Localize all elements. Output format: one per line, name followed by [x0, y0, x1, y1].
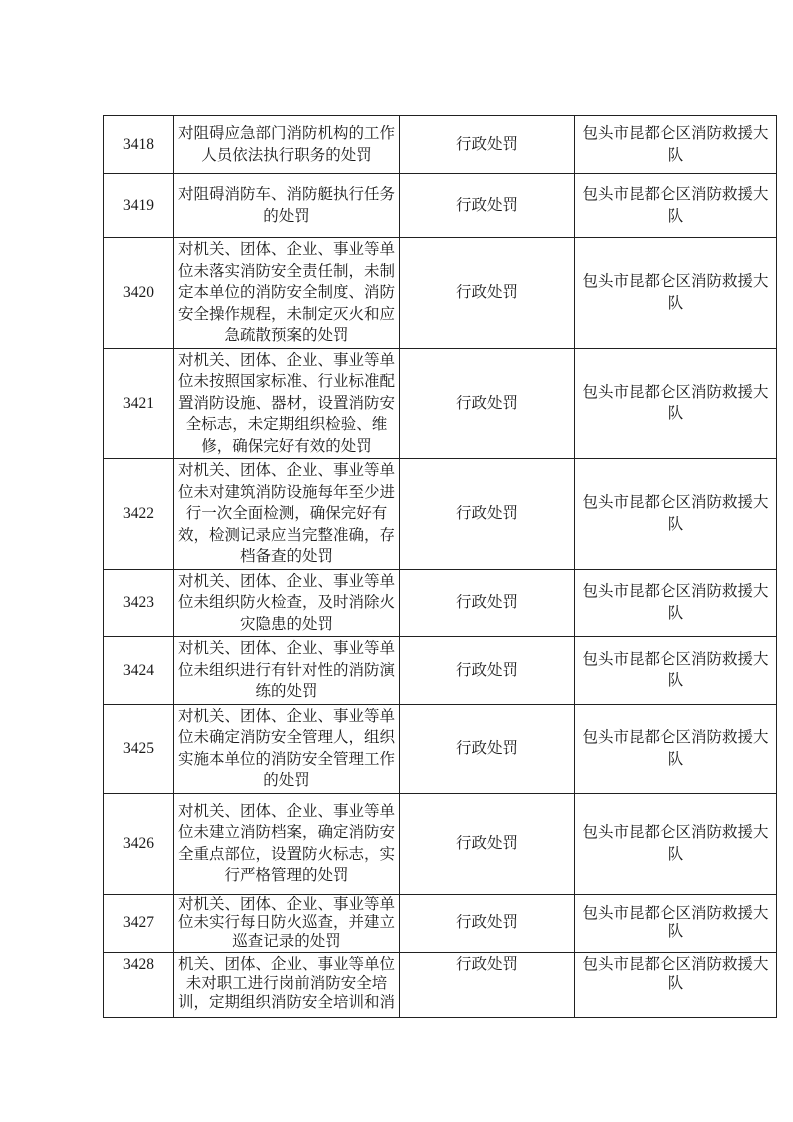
- table-row: 3425 对机关、团体、企业、事业等单 位未确定消防安全管理人，组织 实施本单位…: [104, 704, 777, 793]
- agency-name: 包头市昆都仑区消防救援大 队: [575, 953, 777, 1018]
- penalty-type: 行政处罚: [400, 174, 575, 238]
- agency-name: 包头市昆都仑区消防救援大 队: [575, 894, 777, 953]
- item-id: 3423: [104, 569, 174, 637]
- table-row: 3427 对机关、团体、企业、事业等单 位未实行每日防火巡查，并建立 巡查记录的…: [104, 894, 777, 953]
- table-row: 3419 对阻碍消防车、消防艇执行任务 的处罚 行政处罚 包头市昆都仑区消防救援…: [104, 174, 777, 238]
- penalty-items-table: 3418 对阻碍应急部门消防机构的工作 人员依法执行职务的处罚 行政处罚 包头市…: [103, 115, 777, 1018]
- penalty-type: 行政处罚: [400, 238, 575, 349]
- table-row: 3422 对机关、团体、企业、事业等单 位未对建筑消防设施每年至少进 行一次全面…: [104, 459, 777, 570]
- item-id: 3420: [104, 238, 174, 349]
- agency-name: 包头市昆都仑区消防救援大 队: [575, 637, 777, 705]
- table-row: 3424 对机关、团体、企业、事业等单 位未组织进行有针对性的消防演 练的处罚 …: [104, 637, 777, 705]
- table-row-page-break-cut: 3428 机关、团体、企业、事业等单位 未对职工进行岗前消防安全培 训，定期组织…: [104, 953, 777, 1018]
- item-description: 对机关、团体、企业、事业等单 位未落实消防安全责任制，未制 定本单位的消防安全制…: [174, 238, 400, 349]
- item-id: 3424: [104, 637, 174, 705]
- penalty-type: 行政处罚: [400, 116, 575, 174]
- table-row: 3423 对机关、团体、企业、事业等单 位未组织防火检查，及时消除火 灾隐患的处…: [104, 569, 777, 637]
- penalty-type: 行政处罚: [400, 793, 575, 894]
- item-description: 对机关、团体、企业、事业等单 位未建立消防档案，确定消防安 全重点部位，设置防火…: [174, 793, 400, 894]
- table-row: 3420 对机关、团体、企业、事业等单 位未落实消防安全责任制，未制 定本单位的…: [104, 238, 777, 349]
- table-row: 3421 对机关、团体、企业、事业等单 位未按照国家标准、行业标准配 置消防设施…: [104, 348, 777, 459]
- agency-name: 包头市昆都仑区消防救援大 队: [575, 348, 777, 459]
- penalty-type: 行政处罚: [400, 894, 575, 953]
- item-description: 对机关、团体、企业、事业等单 位未对建筑消防设施每年至少进 行一次全面检测，确保…: [174, 459, 400, 570]
- item-description: 对机关、团体、企业、事业等单 位未确定消防安全管理人，组织 实施本单位的消防安全…: [174, 704, 400, 793]
- penalty-type: 行政处罚: [400, 704, 575, 793]
- item-id: 3425: [104, 704, 174, 793]
- agency-name: 包头市昆都仑区消防救援大 队: [575, 238, 777, 349]
- agency-name: 包头市昆都仑区消防救援大 队: [575, 459, 777, 570]
- item-id: 3426: [104, 793, 174, 894]
- agency-name: 包头市昆都仑区消防救援大 队: [575, 569, 777, 637]
- document-page: 3418 对阻碍应急部门消防机构的工作 人员依法执行职务的处罚 行政处罚 包头市…: [0, 0, 793, 1122]
- table-row: 3426 对机关、团体、企业、事业等单 位未建立消防档案，确定消防安 全重点部位…: [104, 793, 777, 894]
- agency-name: 包头市昆都仑区消防救援大 队: [575, 174, 777, 238]
- item-id: 3427: [104, 894, 174, 953]
- item-id: 3421: [104, 348, 174, 459]
- item-description: 对机关、团体、企业、事业等单 位未实行每日防火巡查，并建立 巡查记录的处罚: [174, 894, 400, 953]
- item-id: 3428: [104, 953, 174, 1018]
- penalty-type: 行政处罚: [400, 569, 575, 637]
- agency-name: 包头市昆都仑区消防救援大 队: [575, 116, 777, 174]
- agency-name: 包头市昆都仑区消防救援大 队: [575, 793, 777, 894]
- item-description: 对机关、团体、企业、事业等单 位未按照国家标准、行业标准配 置消防设施、器材，设…: [174, 348, 400, 459]
- item-id: 3419: [104, 174, 174, 238]
- item-description: 对阻碍消防车、消防艇执行任务 的处罚: [174, 174, 400, 238]
- agency-name: 包头市昆都仑区消防救援大 队: [575, 704, 777, 793]
- item-description: 机关、团体、企业、事业等单位 未对职工进行岗前消防安全培 训，定期组织消防安全培…: [174, 953, 400, 1018]
- penalty-type: 行政处罚: [400, 459, 575, 570]
- item-description: 对阻碍应急部门消防机构的工作 人员依法执行职务的处罚: [174, 116, 400, 174]
- table-row: 3418 对阻碍应急部门消防机构的工作 人员依法执行职务的处罚 行政处罚 包头市…: [104, 116, 777, 174]
- item-description: 对机关、团体、企业、事业等单 位未组织防火检查，及时消除火 灾隐患的处罚: [174, 569, 400, 637]
- penalty-type: 行政处罚: [400, 637, 575, 705]
- item-id: 3418: [104, 116, 174, 174]
- penalty-type: 行政处罚: [400, 348, 575, 459]
- penalty-type: 行政处罚: [400, 953, 575, 1018]
- item-id: 3422: [104, 459, 174, 570]
- item-description: 对机关、团体、企业、事业等单 位未组织进行有针对性的消防演 练的处罚: [174, 637, 400, 705]
